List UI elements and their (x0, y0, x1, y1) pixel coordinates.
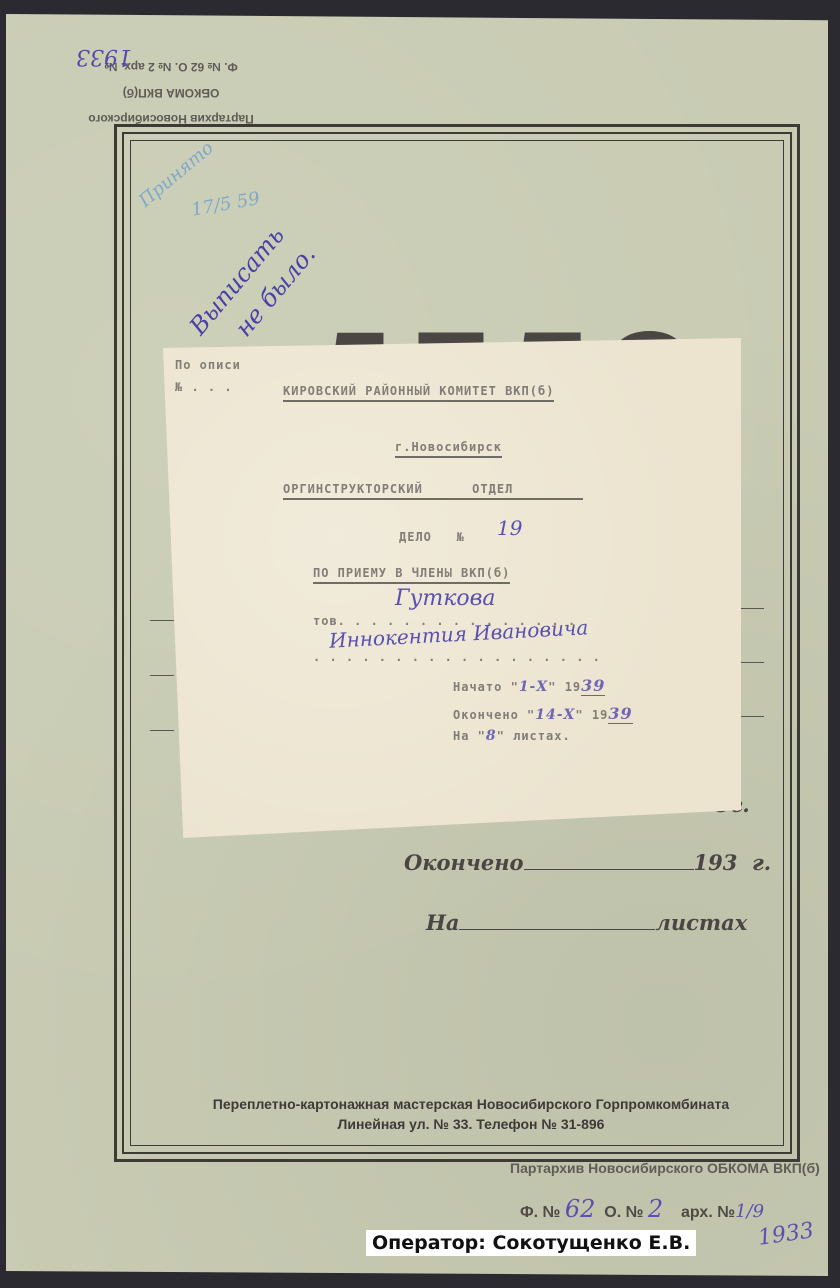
printed-ended-label: Окончено (404, 850, 524, 875)
label-ended-date: 14-X (535, 707, 575, 723)
form-tick (150, 675, 174, 676)
form-tick (740, 716, 764, 717)
bottom-stamp-arch-label: арх. № (681, 1204, 735, 1221)
label-by-inventory: По описи (175, 358, 241, 372)
footer-line2: Линейная ул. № 33. Телефон № 31-896 (136, 1114, 806, 1134)
label-case-field: ДЕЛО № (399, 530, 465, 544)
printed-ended-year: 193 (694, 850, 738, 875)
label-comrade-prefix-text: тов. (313, 614, 346, 628)
printed-sheets-field: Налистах (426, 910, 747, 935)
form-tick (150, 620, 174, 621)
bottom-stamp-opis-value: 2 (648, 1195, 663, 1223)
label-department: ОРГИНСТРУКТОРСКИЙ ОТДЕЛ (283, 482, 583, 500)
label-comrade-surname: Гуткова (395, 586, 496, 611)
label-ended-label: Окончено (453, 708, 519, 722)
form-tick (740, 662, 764, 663)
top-stamp-archive-line: Партархив Новосибирского ОБКОМА ВКП(б) (66, 80, 276, 132)
form-tick (150, 730, 174, 731)
label-subject: ПО ПРИЕМУ В ЧЛЕНЫ ВКП(б) (313, 566, 510, 584)
label-dotted-line: . . . . . . . . . . . . . . . . . . (313, 650, 601, 664)
label-sheets-field: На "8" листах. (453, 728, 571, 744)
label-started-label: Начато (453, 680, 502, 694)
bottom-stamp-arch-value: 1/9 (735, 1201, 764, 1222)
label-started-year: 39 (581, 676, 605, 696)
label-case-number: 19 (497, 516, 522, 540)
bindery-footer: Переплетно-картонажная мастерская Новоси… (136, 1094, 806, 1134)
label-committee: КИРОВСКИЙ РАЙОННЫЙ КОМИТЕТ ВКП(б) (283, 384, 554, 402)
label-ended-year-prefix: 19 (592, 708, 608, 722)
label-sheets-value: 8 (486, 728, 497, 744)
printed-ended-blank (524, 869, 694, 870)
label-case-label: ДЕЛО (399, 530, 432, 544)
printed-ended-field: Окончено193 г. (404, 850, 771, 875)
label-started-field: Начато "1-X" 1939 (453, 676, 605, 695)
bottom-stamp-fund-label: Ф. № (520, 1204, 560, 1221)
label-sheets-prefix: На (453, 729, 469, 743)
bottom-stamp-opis-label: О. № (604, 1204, 643, 1221)
printed-sheets-suffix: листах (655, 910, 747, 935)
printed-year-abbr: г. (752, 850, 771, 875)
form-tick (740, 608, 764, 609)
bottom-archive-stamp: Ф. № 62 О. № 2 арх. №1/9 (520, 1195, 764, 1223)
label-case-no-prefix: № (457, 530, 465, 544)
top-stamp-arch-handwritten: 1933 (76, 44, 132, 69)
bottom-stamp-fund-value: 62 (565, 1195, 596, 1223)
footer-line1: Переплетно-картонажная мастерская Новоси… (136, 1094, 806, 1114)
label-ended-year: 39 (608, 704, 632, 724)
label-number-marker: № . . . (175, 380, 233, 394)
bottom-stamp-archive-line: Партархив Новосибирского ОБКОМА ВКП(б) (510, 1160, 820, 1176)
printed-sheets-prefix: На (426, 910, 459, 935)
printed-sheets-blank (459, 929, 655, 930)
label-sheets-suffix: листах. (513, 729, 571, 743)
label-started-year-prefix: 19 (565, 680, 581, 694)
label-city: г.Новосибирск (395, 440, 502, 458)
operator-caption: Оператор: Сокотущенко Е.В. (366, 1230, 696, 1256)
label-started-date: 1-X (519, 679, 548, 695)
typed-label-sheet: По описи № . . . КИРОВСКИЙ РАЙОННЫЙ КОМИ… (163, 338, 741, 838)
label-ended-field: Окончено "14-X" 1939 (453, 704, 633, 723)
